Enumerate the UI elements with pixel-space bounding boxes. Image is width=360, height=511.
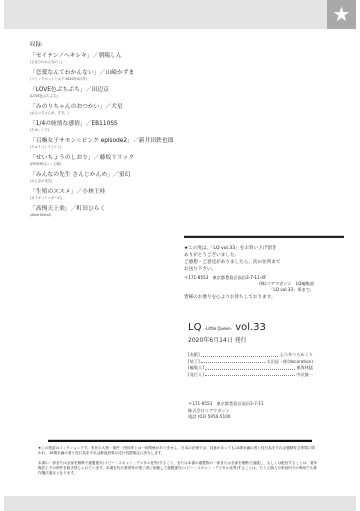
logo-text: LQ xyxy=(188,322,201,333)
entry-source: (ネイキッド☆ガール) xyxy=(30,196,180,201)
notice-text: ★この度は、「LQ vol.33」をお買い上げ頂き ありがとうございました。 ご… xyxy=(184,245,344,273)
entry-title: 「みのりちゃんのおつかい」／犬星 xyxy=(30,103,180,111)
entry-title: 「恋愛なんてわかんない」／山崎かずま xyxy=(30,69,180,77)
credits-list: [表紙]玉乃井べろめくり [装丁]太田虎一郎(decoration) [編集人]… xyxy=(188,352,313,378)
publisher-address: 〒171-8553 東京都豊島区高田3-7-11 xyxy=(188,401,264,408)
entry-source: (おにいちゃんが、すき。) xyxy=(30,111,180,116)
volume-number: vol.33 xyxy=(235,322,266,333)
magazine-logo: LQ -Little Queen- vol.33 xyxy=(188,322,266,333)
list-item: 「セイテンノヘキレキ」／朝陽しん(となりのおんなのこ) xyxy=(30,52,180,65)
entry-title: 「生殖のススメ」／小林王桂 xyxy=(30,188,180,196)
entry-source: (となりのおんなのこ) xyxy=(30,60,180,65)
leader-dots xyxy=(201,360,266,363)
credit-value: 太田虎一郎(decoration) xyxy=(266,359,313,365)
notice-line: ★この度は、「LQ vol.33」をお買い上げ頂き xyxy=(184,245,344,252)
notice-line: ありがとうございました。 xyxy=(184,252,344,259)
list-item: 「みんなの先生 さんじかんめ」／蛍幻(みんなの先生) xyxy=(30,171,180,184)
star-icon: ★ xyxy=(333,2,351,26)
credit-value: 中沢慎一 xyxy=(296,372,313,378)
entry-source: (みんなの先生) xyxy=(30,179,180,184)
credit-value: 玉乃井べろめくり xyxy=(279,352,313,358)
list-item: 「恋愛なんてわかんない」／山崎かずま(コミックホットミルク 2020年4月号) xyxy=(30,69,180,82)
leader-dots xyxy=(205,367,295,370)
entry-source: (Alice Blend) xyxy=(30,213,180,218)
publish-date: 2020年6月14日 発行 xyxy=(188,335,247,344)
list-item: 「1/4の純情な感情」／EB110SS(少女レシピ) xyxy=(30,120,180,133)
reader-notice: ★この度は、「LQ vol.33」をお買い上げ頂き ありがとうございました。 ご… xyxy=(184,236,344,301)
entry-title: 「セイテンノヘキレキ」／朝陽しん xyxy=(30,52,180,60)
notice-closing: 皆様のお便りを心よりお待ちしております。 xyxy=(184,294,344,301)
credit-label: [装丁] xyxy=(188,359,200,365)
legal-notice: ★この物語はフィクションです。実在の人物・事件・団体等とは一切関係がありません。… xyxy=(38,446,318,481)
list-item: 「みのりちゃんのおつかい」／犬星(おにいちゃんが、すき。) xyxy=(30,103,180,116)
entry-title: 「みんなの先生 さんじかんめ」／蛍幻 xyxy=(30,171,180,179)
entry-title: 「高慢天上楽」／町田ひらく xyxy=(30,205,180,213)
list-item: 「召喚女子サモン☆ピンク episode2」／新井田鉄也郎(ウルイコトイイコト) xyxy=(30,137,180,150)
notice-line: ご感想・ご意見がありましたら、次の住所まで xyxy=(184,259,344,266)
entry-title: 「LOVE色ぷちぷち」／田辺京 xyxy=(30,86,180,94)
contents-heading: 収録: xyxy=(30,40,180,48)
entry-title: 「召喚女子サモン☆ピンク episode2」／新井田鉄也郎 xyxy=(30,137,180,145)
entry-source: (少女レシピ) xyxy=(30,128,180,133)
top-toolbar xyxy=(4,0,356,29)
fiction-disclaimer: ★この物語はフィクションです。実在の人物・事件・団体等とは一切関係がありません。… xyxy=(38,446,318,456)
credit-label: [表紙] xyxy=(188,352,200,358)
list-item: 「生殖のススメ」／小林王桂(ネイキッド☆ガール) xyxy=(30,188,180,201)
entry-source: (コミックホットミルク 2020年4月号) xyxy=(30,77,180,82)
list-item: 「LOVE色ぷちぷち」／田辺京(LOVE色ぷちぷち) xyxy=(30,86,180,99)
bookmark-star-button[interactable]: ★ xyxy=(327,0,356,29)
credit-label: [編集人] xyxy=(188,365,204,371)
divider xyxy=(48,440,312,442)
publisher-info: 〒171-8553 東京都豊島区高田3-7-11 株式会社コアマガジン 電話 (… xyxy=(188,401,264,421)
entry-source: (ウルイコトイイコト) xyxy=(30,145,180,150)
list-item: 「高慢天上楽」／町田ひらく(Alice Blend) xyxy=(30,205,180,218)
divider xyxy=(184,236,344,238)
address-line: 「LQ vol.33」係まで。 xyxy=(184,287,344,293)
bottom-toolbar xyxy=(4,496,356,511)
leader-dots xyxy=(201,354,279,357)
contents-list: 収録: 「セイテンノヘキレキ」／朝陽しん(となりのおんなのこ) 「恋愛なんてわか… xyxy=(30,40,180,222)
credit-label: [発行人] xyxy=(188,372,204,378)
entry-source: (FEVER!ばっくん娘) xyxy=(30,162,180,167)
entry-source: (LOVE色ぷちぷち) xyxy=(30,94,180,99)
credit-row: [発行人]中沢慎一 xyxy=(188,372,313,379)
copyright-notice: 本書の一部または全部を無断で複製複写(コピー・スキャン・デジタル化等)すること、… xyxy=(38,461,318,476)
entry-title: 「1/4の純情な感情」／EB110SS xyxy=(30,120,180,128)
credit-value: 東海林猛 xyxy=(296,365,313,371)
leader-dots xyxy=(205,373,295,376)
logo-subtitle: -Little Queen- xyxy=(205,326,232,331)
notice-address: 〒171-8553 東京都豊島区高田3-7-11-4F (株)コアマガジン LQ… xyxy=(184,275,344,293)
list-item: 「せいちょうのしおり」／藤坂リリック(FEVER!ばっくん娘) xyxy=(30,154,180,167)
entry-title: 「せいちょうのしおり」／藤坂リリック xyxy=(30,154,180,162)
publisher-phone: 電話 (03) 5950-5100 xyxy=(188,414,264,421)
notice-line: お送り下さい。 xyxy=(184,266,344,273)
